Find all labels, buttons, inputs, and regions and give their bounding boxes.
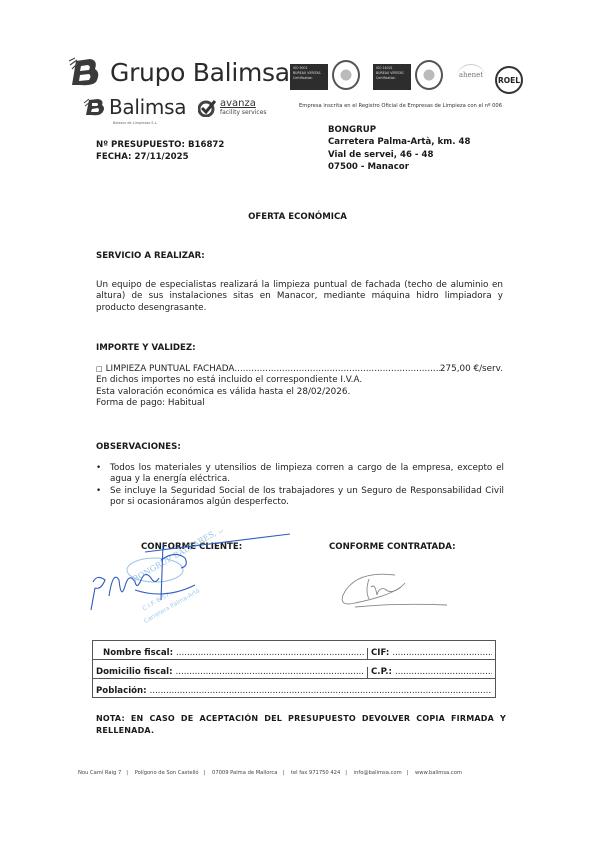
fill-dots xyxy=(395,667,492,677)
client-name: BONGRUP xyxy=(328,124,470,136)
budget-date: 27/11/2025 xyxy=(135,152,189,162)
fiscal-address-label: Domicilio fiscal: xyxy=(96,667,173,677)
vat-note: En dichos importes no está incluido el c… xyxy=(96,375,503,386)
item-label: LIMPIEZA PUNTUAL FACHADA xyxy=(106,364,235,375)
fiscal-address-field[interactable]: Domicilio fiscal: xyxy=(93,667,368,678)
observation-item: Se incluye la Seguridad Social de los tr… xyxy=(94,486,504,509)
grupo-balimsa-logo: Grupo Balimsa xyxy=(68,56,290,88)
footer-phone: tel fax 971750 424 xyxy=(291,770,340,776)
footer: Nou Camí Raig 7| Polígono de Son Castell… xyxy=(78,770,462,776)
ahenet-logo: ahenet xyxy=(456,64,486,94)
item-price: 275,00 €/serv. xyxy=(440,364,503,375)
footer-separator: | xyxy=(345,770,347,776)
avanza-name: avanza xyxy=(220,99,267,109)
client-address-line: Carretera Palma-Artà, km. 48 xyxy=(328,136,470,148)
budget-info: Nº PRESUPUESTO: B16872 FECHA: 27/11/2025 xyxy=(96,139,224,163)
document-title: OFERTA ECONÓMICA xyxy=(0,212,595,222)
client-address: BONGRUP Carretera Palma-Artà, km. 48 Via… xyxy=(328,124,470,174)
roel-logo: ROEL xyxy=(495,66,523,94)
town-label: Población: xyxy=(96,686,147,696)
footer-area: Polígono de Son Castelló xyxy=(135,770,199,776)
bureau-veritas-seal-icon xyxy=(332,60,360,90)
fiscal-name-label: Nombre fiscal: xyxy=(103,648,173,658)
avanza-subtitle: facility services xyxy=(220,109,267,117)
observations-list: Todos los materiales y utensilios de lim… xyxy=(94,463,504,509)
balimsa-b-logo-icon xyxy=(68,57,102,87)
footer-address: Nou Camí Raig 7 xyxy=(78,770,121,776)
contractor-signature xyxy=(335,565,450,615)
footer-separator: | xyxy=(282,770,284,776)
avanza-logo: avanza facility services xyxy=(198,99,267,117)
pricing-block: □ LIMPIEZA PUNTUAL FACHADA 275,00 €/serv… xyxy=(96,364,503,410)
acceptance-note: NOTA: EN CASO DE ACEPTACIÓN DEL PRESUPUE… xyxy=(96,713,506,737)
sub-brand-caption: Balears de Limpiezas S.L. xyxy=(113,121,158,125)
footer-website-link[interactable]: www.balimsa.com xyxy=(415,770,462,776)
leader-dots xyxy=(234,364,440,375)
service-description: Un equipo de especialistas realizará la … xyxy=(96,280,503,314)
client-signature-stamp: BONGRUP BALEARES, S.L. C.I.F. B-57... Ca… xyxy=(85,530,295,650)
checkbox-icon: □ xyxy=(96,364,103,375)
payment-note: Forma de pago: Habitual xyxy=(96,398,503,409)
client-address-line: Vial de servei, 46 - 48 xyxy=(328,149,470,161)
svg-text:BONGRUP BALEARES, S.L.: BONGRUP BALEARES, S.L. xyxy=(131,530,233,584)
footer-separator: | xyxy=(204,770,206,776)
cert-line: Certification xyxy=(376,76,408,81)
observations-heading: OBSERVACIONES: xyxy=(96,442,181,452)
footer-email-link[interactable]: info@balimsa.com xyxy=(354,770,402,776)
footer-city: 07009 Palma de Mallorca xyxy=(212,770,277,776)
footer-separator: | xyxy=(126,770,128,776)
budget-date-label: FECHA: xyxy=(96,152,132,162)
fill-dots xyxy=(176,648,364,658)
pricing-heading: IMPORTE Y VALIDEZ: xyxy=(96,343,196,353)
contractor-signature-label: CONFORME CONTRATADA: xyxy=(329,542,456,552)
registry-text: Empresa inscrita en el Registro Oficial … xyxy=(299,103,502,109)
cif-label: CIF: xyxy=(371,648,389,658)
fill-dots xyxy=(176,667,364,677)
client-fiscal-form: Nombre fiscal: CIF: Domicilio fiscal: C.… xyxy=(92,640,496,698)
town-field[interactable]: Población: xyxy=(93,686,495,697)
budget-number-label: Nº PRESUPUESTO: xyxy=(96,140,185,150)
cert-line: Certification xyxy=(293,76,325,81)
fill-dots xyxy=(392,648,492,658)
observation-item: Todos los materiales y utensilios de lim… xyxy=(94,463,504,486)
client-address-line: 07500 - Manacor xyxy=(328,161,470,173)
service-heading: SERVICIO A REALIZAR: xyxy=(96,251,205,261)
brand-title: Grupo Balimsa xyxy=(110,58,290,87)
bureau-veritas-seal-icon xyxy=(415,60,443,90)
avanza-check-icon xyxy=(198,99,216,117)
validity-note: Esta valoración económica es válida hast… xyxy=(96,387,503,398)
postal-code-label: C.P.: xyxy=(371,667,392,677)
postal-code-field[interactable]: C.P.: xyxy=(368,667,495,678)
footer-separator: | xyxy=(407,770,409,776)
cif-field[interactable]: CIF: xyxy=(368,648,495,659)
balimsa-logo: Balimsa xyxy=(83,97,186,117)
sub-brand-name: Balimsa xyxy=(109,97,186,117)
balimsa-b-small-icon xyxy=(83,97,107,117)
iso-14001-badge: ISO 14001 BUREAU VERITAS Certification xyxy=(373,64,411,90)
price-line-item: □ LIMPIEZA PUNTUAL FACHADA 275,00 €/serv… xyxy=(96,364,503,375)
iso-9001-badge: ISO 9001 BUREAU VERITAS Certification xyxy=(290,64,328,90)
fiscal-name-field[interactable]: Nombre fiscal: xyxy=(93,648,368,659)
budget-number: B16872 xyxy=(188,140,224,150)
fill-dots xyxy=(150,686,492,696)
